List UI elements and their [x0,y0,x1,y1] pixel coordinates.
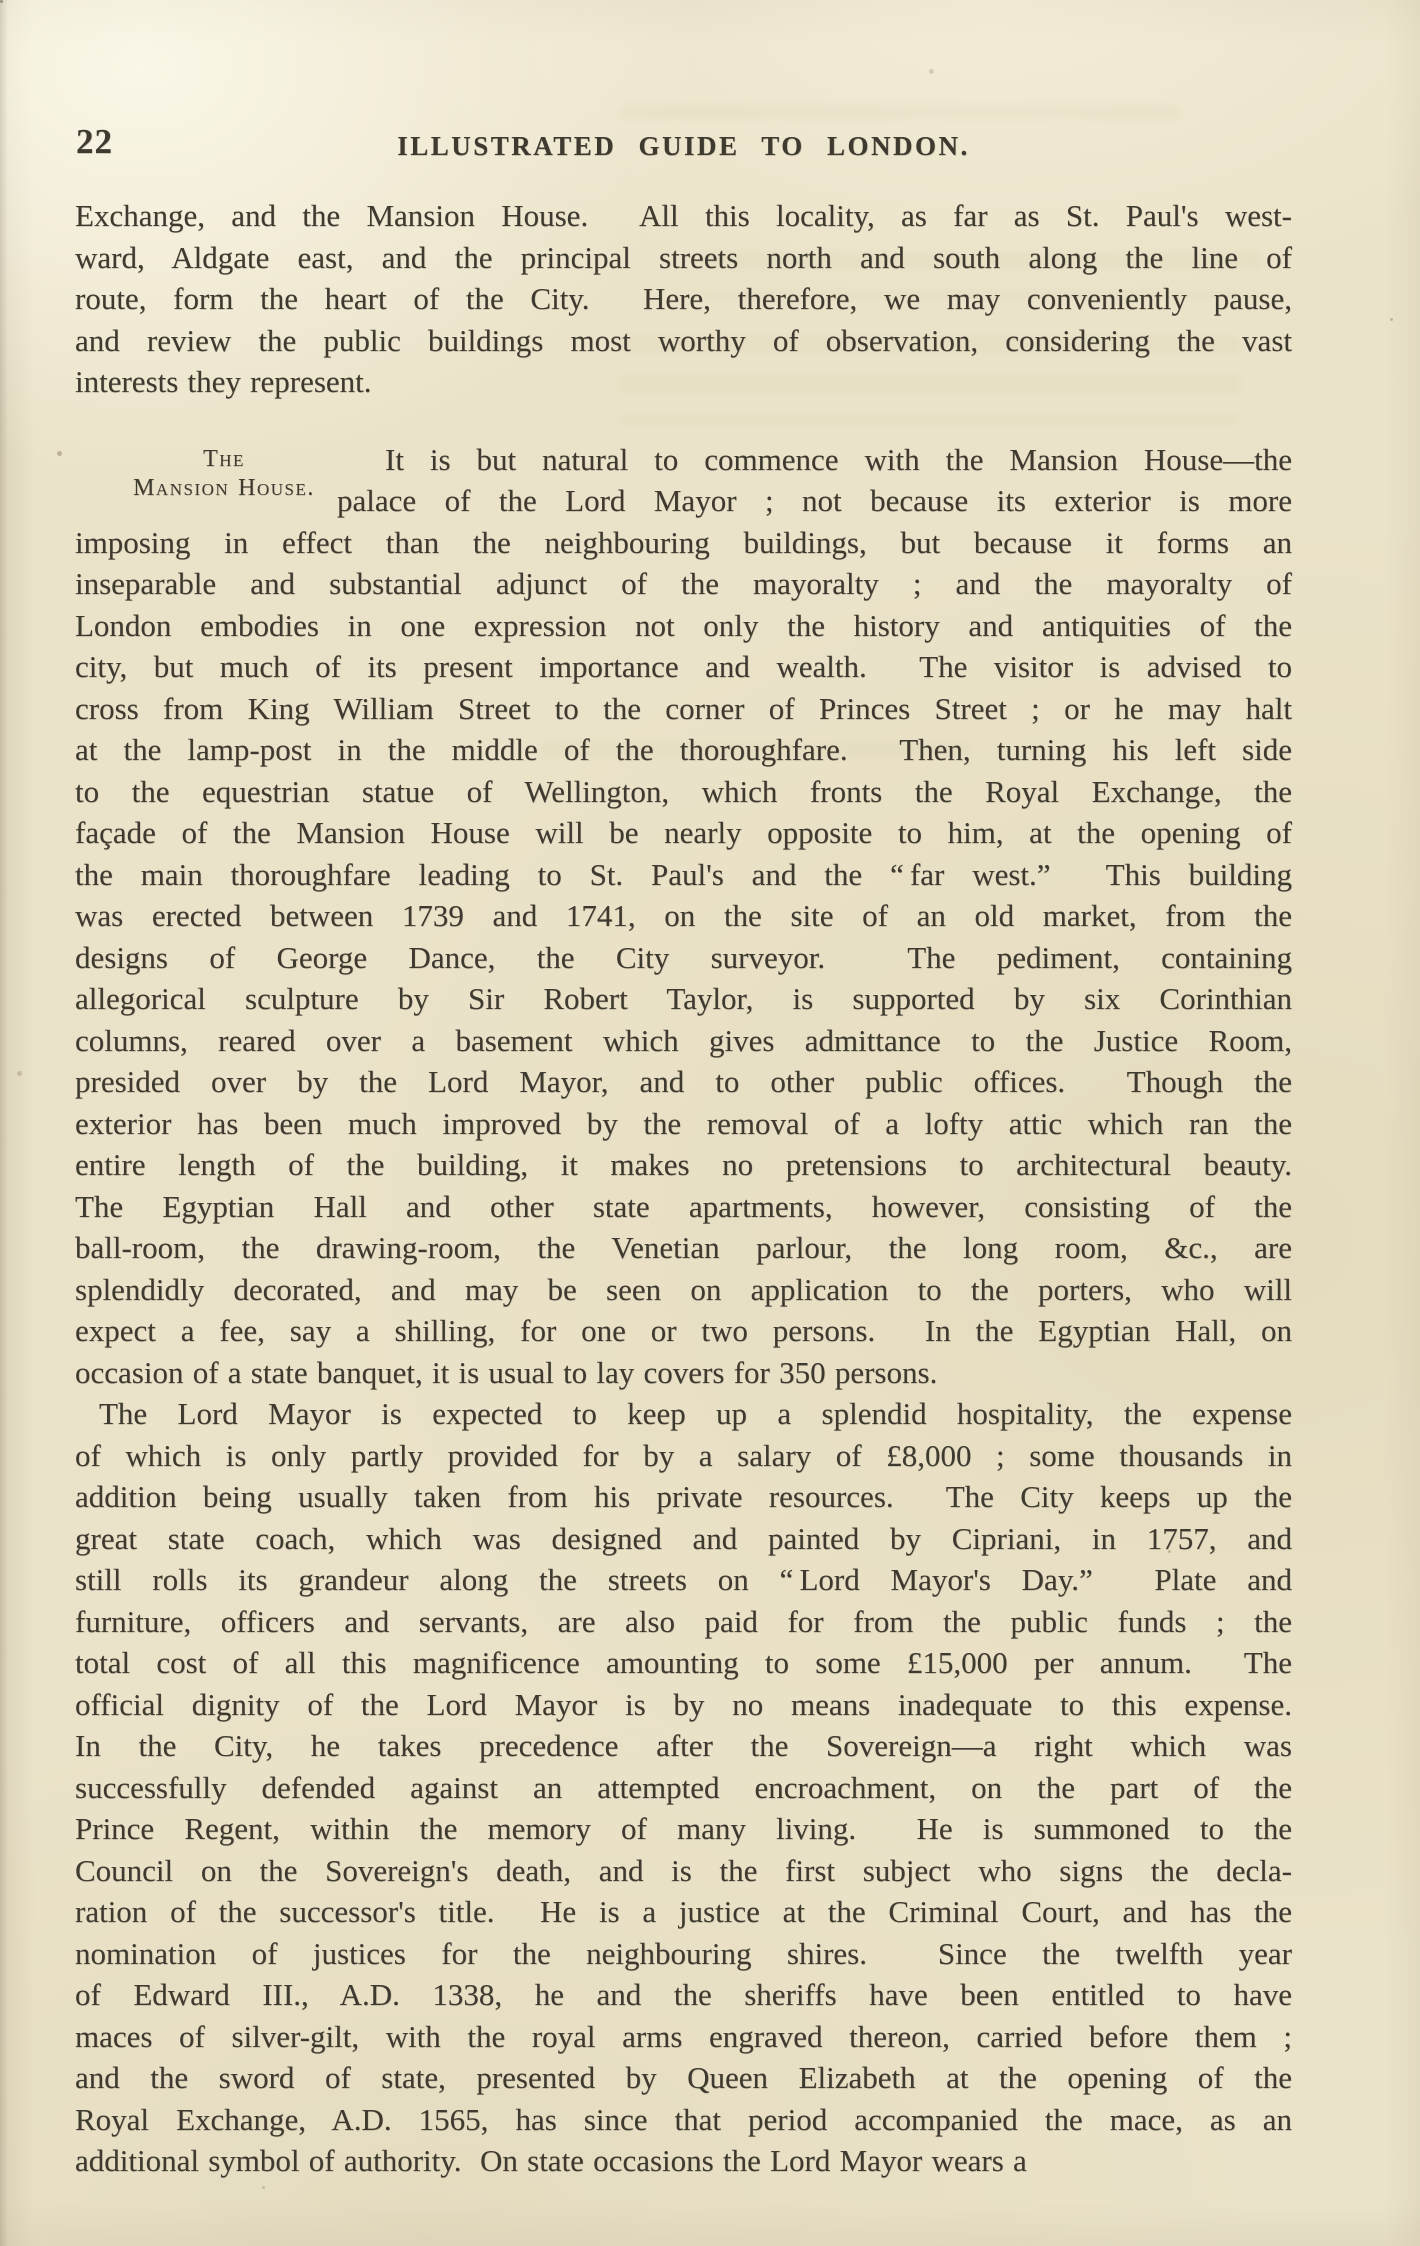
text-line: addition being usually taken from his pr… [75,1476,1292,1518]
text-line: The Egyptian Hall and other state apartm… [75,1186,1292,1228]
text-line: entire length of the building, it makes … [75,1144,1292,1186]
text-line: total cost of all this magnificence amou… [75,1642,1292,1684]
text-line: presided over by the Lord Mayor, and to … [75,1061,1292,1103]
margin-note-line: Mansion House. [97,474,351,503]
text-line: great state coach, which was designed an… [75,1518,1292,1560]
text-line: occasion of a state banquet, it is usual… [75,1352,1292,1394]
text-line: ration of the successor's title. He is a… [75,1891,1292,1933]
text-line: imposing in effect than the neighbouring… [75,522,1292,564]
text-line: designs of George Dance, the City survey… [75,937,1292,979]
text-line: successfully defended against an attempt… [75,1767,1292,1809]
text-line: ball-room, the drawing-room, the Venetia… [75,1227,1292,1269]
text-line: official dignity of the Lord Mayor is by… [75,1684,1292,1726]
text-line: expect a fee, say a shilling, for one or… [75,1310,1292,1352]
text-line: exterior has been much improved by the r… [75,1103,1292,1145]
text-line: to the equestrian statue of Wellington, … [75,771,1292,813]
text-line: Exchange, and the Mansion House. All thi… [75,195,1292,237]
text-line: interests they represent. [75,361,1292,403]
text-line: cross from King William Street to the co… [75,688,1292,730]
text-line: splendidly decorated, and may be seen on… [75,1269,1292,1311]
text-line: and the sword of state, presented by Que… [75,2057,1292,2099]
margin-note-mansion-house: The Mansion House. [97,445,351,503]
text-line: at the lamp-post in the middle of the th… [75,729,1292,771]
text-line: maces of silver-gilt, with the royal arm… [75,2016,1292,2058]
text-line: Royal Exchange, A.D. 1565, has since tha… [75,2099,1292,2141]
text-line: Council on the Sovereign's death, and is… [75,1850,1292,1892]
text-column: Exchange, and the Mansion House. All thi… [75,195,1292,2182]
paper-speck [0,0,3,3]
text-line: route, form the heart of the City. Here,… [75,278,1292,320]
book-page: 22 ILLUSTRATED GUIDE TO LONDON. Exchange… [0,0,1420,2246]
text-line: Prince Regent, within the memory of many… [75,1808,1292,1850]
text-line: of which is only partly provided for by … [75,1435,1292,1477]
text-line: the main thoroughfare leading to St. Pau… [75,854,1292,896]
text-line: still rolls its grandeur along the stree… [75,1559,1292,1601]
text-line: additional symbol of authority. On state… [75,2140,1292,2182]
text-line: and review the public buildings most wor… [75,320,1292,362]
text-line: of Edward III., A.D. 1338, he and the sh… [75,1974,1292,2016]
text-line: was erected between 1739 and 1741, on th… [75,895,1292,937]
text-line: allegorical sculpture by Sir Robert Tayl… [75,978,1292,1020]
paragraph-lord-mayor: The Lord Mayor is expected to keep up a … [75,1393,1292,2182]
paragraph-city-heart: Exchange, and the Mansion House. All thi… [75,195,1292,403]
margin-note-line: The [97,445,351,474]
text-line: façade of the Mansion House will be near… [75,812,1292,854]
text-line: inseparable and substantial adjunct of t… [75,563,1292,605]
running-header: ILLUSTRATED GUIDE TO LONDON. [75,131,1292,162]
text-line: furniture, officers and servants, are al… [75,1601,1292,1643]
text-line: nomination of justices for the neighbour… [75,1933,1292,1975]
text-line: columns, reared over a basement which gi… [75,1020,1292,1062]
paragraph-mansion-house: The Mansion House. It is but natural to … [75,439,1292,1394]
text-line: ward, Aldgate east, and the principal st… [75,237,1292,279]
text-line: city, but much of its present importance… [75,646,1292,688]
text-line: The Lord Mayor is expected to keep up a … [75,1393,1292,1435]
text-line: London embodies in one expression not on… [75,605,1292,647]
text-line: In the City, he takes precedence after t… [75,1725,1292,1767]
